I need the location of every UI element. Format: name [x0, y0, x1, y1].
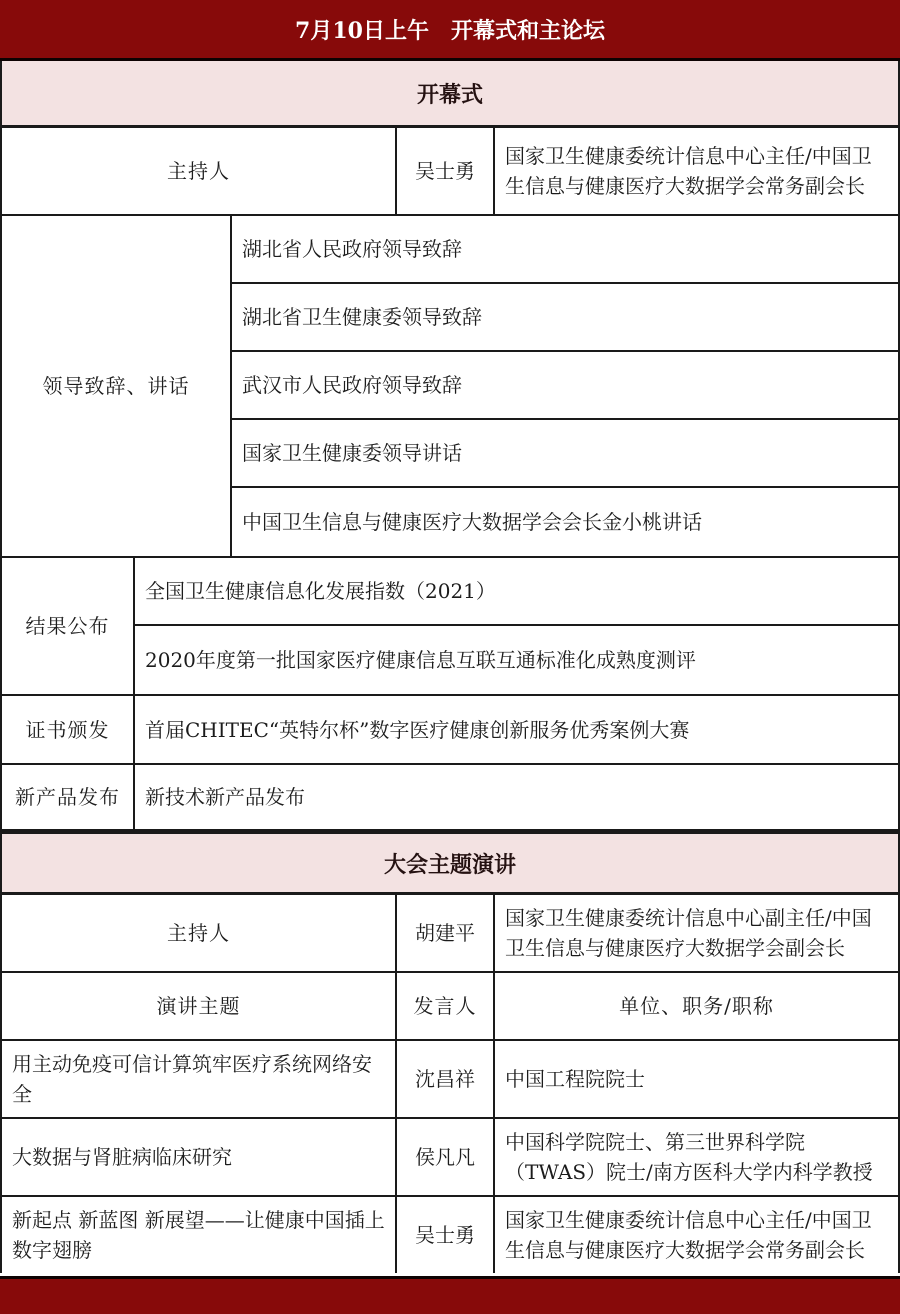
keynote-columns-header-row: 演讲主题 发言人 单位、职务/职称 — [2, 973, 898, 1041]
column-header-topic: 演讲主题 — [2, 973, 397, 1039]
column-header-speaker: 发言人 — [397, 973, 495, 1039]
keynote-host-title: 国家卫生健康委统计信息中心副主任/中国卫生信息与健康医疗大数据学会副会长 — [495, 895, 898, 971]
opening-host-label: 主持人 — [2, 128, 397, 214]
talk-affiliation: 中国科学院院士、第三世界科学院（TWAS）院士/南方医科大学内科学教授 — [495, 1119, 898, 1195]
speech-item: 国家卫生健康委领导讲话 — [232, 420, 898, 488]
certificate-text: 首届CHITEC“英特尔杯”数字医疗健康创新服务优秀案例大赛 — [135, 696, 898, 763]
new-product-row: 新产品发布 新技术新产品发布 — [2, 765, 898, 831]
new-product-label: 新产品发布 — [2, 765, 135, 829]
session-banner: 7月10日上午 开幕式和主论坛 — [0, 0, 900, 61]
new-product-text: 新技术新产品发布 — [135, 765, 898, 829]
section-header-keynote: 大会主题演讲 — [2, 831, 898, 895]
talk-affiliation: 中国工程院院士 — [495, 1041, 898, 1117]
opening-host-name: 吴士勇 — [397, 128, 495, 214]
speech-item: 湖北省人民政府领导致辞 — [232, 216, 898, 284]
keynote-host-name: 胡建平 — [397, 895, 495, 971]
opening-host-row: 主持人 吴士勇 国家卫生健康委统计信息中心主任/中国卫生信息与健康医疗大数据学会… — [2, 128, 898, 216]
bottom-banner — [0, 1276, 900, 1314]
talk-speaker: 吴士勇 — [397, 1197, 495, 1273]
opening-host-title: 国家卫生健康委统计信息中心主任/中国卫生信息与健康医疗大数据学会常务副会长 — [495, 128, 898, 214]
talk-row: 新起点 新蓝图 新展望——让健康中国插上数字翅膀 吴士勇 国家卫生健康委统计信息… — [2, 1197, 898, 1273]
section-header-opening-ceremony: 开幕式 — [2, 61, 898, 128]
talk-topic: 新起点 新蓝图 新展望——让健康中国插上数字翅膀 — [2, 1197, 397, 1273]
column-header-affiliation: 单位、职务/职称 — [495, 973, 898, 1039]
speeches-list: 湖北省人民政府领导致辞 湖北省卫生健康委领导致辞 武汉市人民政府领导致辞 国家卫… — [232, 216, 898, 556]
talk-row: 用主动免疫可信计算筑牢医疗系统网络安全 沈昌祥 中国工程院院士 — [2, 1041, 898, 1119]
result-item: 全国卫生健康信息化发展指数（2021） — [135, 558, 898, 626]
keynote-host-row: 主持人 胡建平 国家卫生健康委统计信息中心副主任/中国卫生信息与健康医疗大数据学… — [2, 895, 898, 973]
agenda-table: 开幕式 主持人 吴士勇 国家卫生健康委统计信息中心主任/中国卫生信息与健康医疗大… — [0, 61, 900, 1273]
speeches-group-row: 领导致辞、讲话 湖北省人民政府领导致辞 湖北省卫生健康委领导致辞 武汉市人民政府… — [2, 216, 898, 558]
certificate-row: 证书颁发 首届CHITEC“英特尔杯”数字医疗健康创新服务优秀案例大赛 — [2, 696, 898, 765]
speech-item: 武汉市人民政府领导致辞 — [232, 352, 898, 420]
talk-speaker: 侯凡凡 — [397, 1119, 495, 1195]
talk-row: 大数据与肾脏病临床研究 侯凡凡 中国科学院院士、第三世界科学院（TWAS）院士/… — [2, 1119, 898, 1197]
results-list: 全国卫生健康信息化发展指数（2021） 2020年度第一批国家医疗健康信息互联互… — [135, 558, 898, 694]
results-group-row: 结果公布 全国卫生健康信息化发展指数（2021） 2020年度第一批国家医疗健康… — [2, 558, 898, 696]
talk-affiliation: 国家卫生健康委统计信息中心主任/中国卫生信息与健康医疗大数据学会常务副会长 — [495, 1197, 898, 1273]
agenda-page: 7月10日上午 开幕式和主论坛 开幕式 主持人 吴士勇 国家卫生健康委统计信息中… — [0, 0, 900, 1314]
results-label: 结果公布 — [2, 558, 135, 694]
talk-topic: 大数据与肾脏病临床研究 — [2, 1119, 397, 1195]
speeches-label: 领导致辞、讲话 — [2, 216, 232, 556]
keynote-host-label: 主持人 — [2, 895, 397, 971]
talk-topic: 用主动免疫可信计算筑牢医疗系统网络安全 — [2, 1041, 397, 1117]
certificate-label: 证书颁发 — [2, 696, 135, 763]
speech-item: 中国卫生信息与健康医疗大数据学会会长金小桃讲话 — [232, 488, 898, 556]
talk-speaker: 沈昌祥 — [397, 1041, 495, 1117]
speech-item: 湖北省卫生健康委领导致辞 — [232, 284, 898, 352]
result-item: 2020年度第一批国家医疗健康信息互联互通标准化成熟度测评 — [135, 626, 898, 694]
session-banner-title: 7月10日上午 开幕式和主论坛 — [295, 14, 605, 45]
